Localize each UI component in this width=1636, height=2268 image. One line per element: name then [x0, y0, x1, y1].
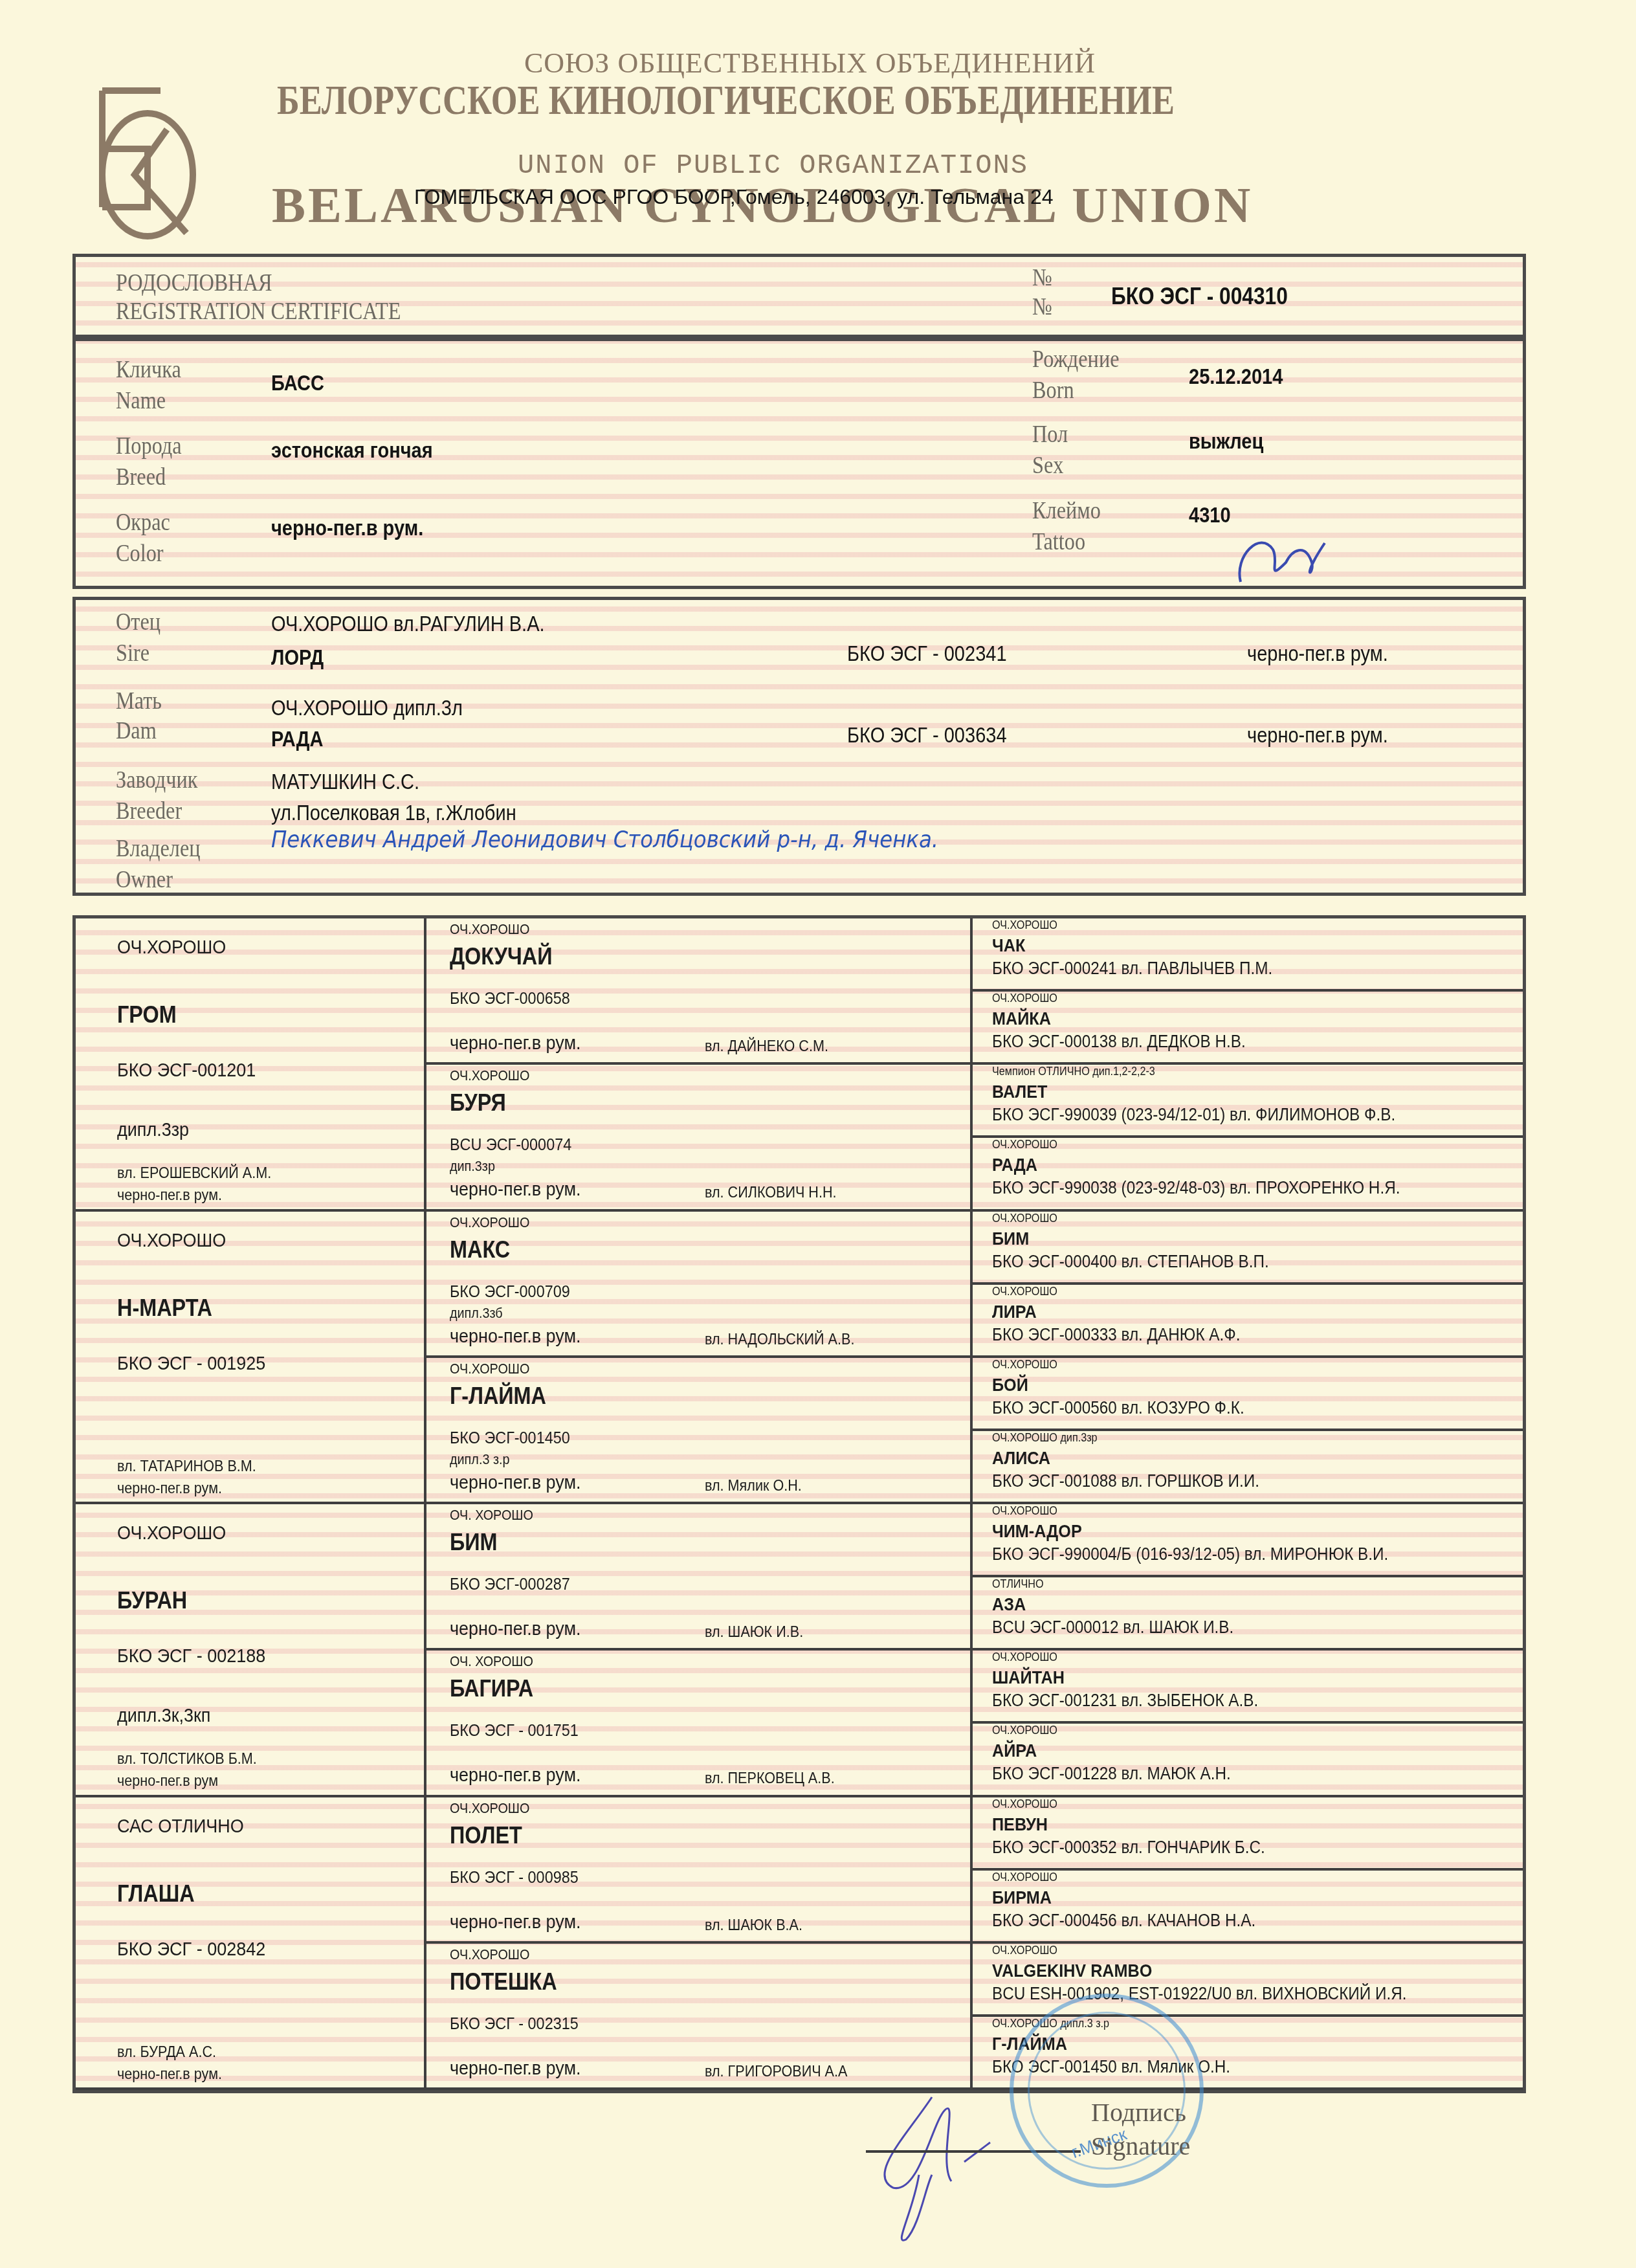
ancestor-info: БКО ЭСГ-000560 вл. КОЗУРО Ф.К. — [992, 1398, 1244, 1418]
pedigree-cell-gen2: ОЧ.ХОРОШОМАКСБКО ЭСГ-000709дипл.3збчерно… — [426, 1212, 973, 1358]
ancestor-info: BCU ЭСГ-000012 вл. ШАЮК И.В. — [992, 1618, 1233, 1638]
tattoo-label-ru: Клеймо — [1032, 496, 1101, 525]
dam-rating: ОЧ.ХОРОШО дипл.3л — [271, 696, 463, 720]
ancestor-color: черно-пег.в рум. — [450, 1618, 581, 1640]
ancestor-rating: ОЧ.ХОРОШО — [992, 1504, 1057, 1518]
certificate-title-ru: РОДОСЛОВНАЯ — [116, 269, 272, 297]
ancestor-diploma: дипл.3к,3кп — [117, 1705, 210, 1727]
ancestor-color: черно-пег.в рум. — [117, 1480, 222, 1498]
ancestor-color: черно-пег.в рум. — [450, 2058, 581, 2080]
dam-reg: БКО ЭСГ - 003634 — [847, 723, 1007, 748]
parents-box: Отец Sire ОЧ.ХОРОШО вл.РАГУЛИН В.А. ЛОРД… — [72, 597, 1526, 896]
bko-logo-icon — [76, 78, 232, 239]
ancestor-info: БКО ЭСГ-000456 вл. КАЧАНОВ Н.А. — [992, 1911, 1255, 1931]
ancestor-reg: БКО ЭСГ-001450 — [450, 1428, 570, 1448]
ancestor-rating: САС ОТЛИЧНО — [117, 1816, 244, 1838]
ancestor-name: МАКС — [450, 1236, 510, 1263]
ancestor-info: БКО ЭСГ-990039 (023-94/12-01) вл. ФИЛИМО… — [992, 1105, 1395, 1125]
breed-label-en: Breed — [116, 463, 166, 491]
ancestor-name: БИМ — [992, 1228, 1029, 1249]
ancestor-rating: ОЧ.ХОРОШО — [992, 1944, 1057, 1957]
pedigree-cell-gen3: ОЧ.ХОРОШОБОЙБКО ЭСГ-000560 вл. КОЗУРО Ф.… — [973, 1358, 1523, 1431]
ancestor-name: ЧИМ-АДОР — [992, 1521, 1082, 1542]
pedigree-cell-gen3: ОЧ.ХОРОШОЧИМ-АДОРБКО ЭСГ-990004/Б (016-9… — [973, 1504, 1523, 1577]
ancestor-name: Г-ЛАЙМА — [450, 1383, 546, 1410]
certificate-title-en: REGISTRATION CERTIFICATE — [116, 297, 401, 326]
number-label-ru: № — [1032, 263, 1052, 292]
ancestor-name: ЧАК — [992, 935, 1025, 956]
dog-color: черно-пег.в рум. — [271, 516, 423, 540]
ancestor-rating: ОЧ.ХОРОШО — [992, 1797, 1057, 1811]
ancestor-owner: вл. ТАТАРИНОВ В.М. — [117, 1458, 256, 1476]
color-label-ru: Окрас — [116, 508, 170, 537]
ancestor-rating: ОЧ. ХОРОШО — [450, 1507, 533, 1524]
ancestor-name: ПОЛЕТ — [450, 1822, 522, 1849]
handwritten-initials-icon — [1228, 524, 1331, 595]
dog-info-box: Кличка Name БАСС Порода Breed эстонская … — [72, 338, 1526, 589]
ancestor-name: БОЙ — [992, 1375, 1028, 1395]
dam-color: черно-пег.в рум. — [1247, 723, 1388, 748]
ancestor-name: БАГИРА — [450, 1675, 533, 1702]
pedigree-cell-gen2: ОЧ.ХОРОШОГ-ЛАЙМАБКО ЭСГ-001450дипл.3 з.р… — [426, 1358, 973, 1504]
ancestor-name: ЛИРА — [992, 1302, 1037, 1322]
pedigree-cell-gen3: ОТЛИЧНОАЗАBCU ЭСГ-000012 вл. ШАЮК И.В. — [973, 1577, 1523, 1651]
pedigree-cell-gen3: ОЧ.ХОРОШОРАДАБКО ЭСГ-990038 (023-92/48-0… — [973, 1138, 1523, 1211]
ancestor-owner: вл. Мялик О.Н. — [705, 1477, 802, 1495]
ancestor-reg: БКО ЭСГ - 002315 — [450, 2014, 579, 2034]
name-label-ru: Кличка — [116, 355, 181, 384]
certificate-number: БКО ЭСГ - 004310 — [1111, 283, 1288, 310]
signature-label-en: Signature — [1091, 2131, 1190, 2161]
ancestor-name: Н-МАРТА — [117, 1295, 212, 1322]
ancestor-info: БКО ЭСГ-990004/Б (016-93/12-05) вл. МИРО… — [992, 1544, 1388, 1564]
ancestor-name: ПЕВУН — [992, 1814, 1048, 1835]
ancestor-rating: Чемпион ОТЛИЧНО дип.1,2-2,2-3 — [992, 1065, 1155, 1078]
pedigree-cell-gen2: ОЧ. ХОРОШОБАГИРАБКО ЭСГ - 001751черно-пе… — [426, 1651, 973, 1797]
pedigree-cell-gen1: ОЧ.ХОРОШОН-МАРТАБКО ЭСГ - 001925вл. ТАТА… — [76, 1212, 426, 1505]
breeder-address: ул.Поселковая 1в, г.Жлобин — [271, 801, 516, 825]
ancestor-name: ГЛАША — [117, 1880, 195, 1907]
ancestor-reg: БКО ЭСГ - 002188 — [117, 1645, 265, 1667]
pedigree-cell-gen2: ОЧ.ХОРОШОПОЛЕТБКО ЭСГ - 000985черно-пег.… — [426, 1797, 973, 1944]
ancestor-reg: БКО ЭСГ-000658 — [450, 988, 570, 1008]
number-label-en: № — [1032, 293, 1052, 321]
ancestor-info: БКО ЭСГ-001228 вл. МАЮК А.Н. — [992, 1764, 1231, 1784]
ancestor-name: АЛИСА — [992, 1448, 1050, 1469]
ancestor-name: VALGEKIHV RAMBO — [992, 1961, 1152, 1981]
ancestor-color: черно-пег.в рум. — [117, 2065, 222, 2084]
ancestor-name: АЙРА — [992, 1740, 1037, 1761]
owner-handwritten: Пеккевич Андрей Леонидович Столбцовский … — [271, 827, 938, 853]
ancestor-reg: БКО ЭСГ-000709 — [450, 1282, 570, 1302]
ancestor-rating: ОЧ.ХОРОШО дип.3зр — [992, 1431, 1098, 1445]
name-label-en: Name — [116, 386, 166, 415]
ancestor-diploma: дипл.3 з.р — [450, 1451, 510, 1468]
pedigree-cell-gen3: ОЧ.ХОРОШОЧАКБКО ЭСГ-000241 вл. ПАВЛЫЧЕВ … — [973, 918, 1523, 992]
ancestor-rating: ОТЛИЧНО — [992, 1577, 1044, 1591]
ancestor-owner: вл. СИЛКОВИЧ Н.Н. — [705, 1184, 837, 1202]
ancestor-rating: ОЧ. ХОРОШО — [450, 1653, 533, 1670]
ancestor-owner: вл. ЕРОШЕВСКИЙ А.М. — [117, 1164, 271, 1183]
ancestor-rating: ОЧ.ХОРОШО — [450, 1067, 529, 1084]
certificate-title-box: РОДОСЛОВНАЯ REGISTRATION CERTIFICATE № №… — [72, 254, 1526, 338]
ancestor-info: БКО ЭСГ-000333 вл. ДАНЮК А.Ф. — [992, 1325, 1240, 1345]
ancestor-name: ВАЛЕТ — [992, 1082, 1047, 1102]
dam-name: РАДА — [271, 727, 324, 751]
sex-label-ru: Пол — [1032, 420, 1068, 449]
ancestor-info: БКО ЭСГ-990038 (023-92/48-03) вл. ПРОХОР… — [992, 1178, 1400, 1198]
ancestor-name: ШАЙТАН — [992, 1667, 1065, 1688]
sire-name: ЛОРД — [271, 645, 324, 670]
ancestor-diploma: дип.3зр — [450, 1158, 495, 1175]
ancestor-rating: ОЧ.ХОРОШО — [117, 1522, 226, 1544]
sire-label-ru: Отец — [116, 608, 160, 636]
sex-label-en: Sex — [1032, 451, 1063, 480]
ancestor-rating: ОЧ.ХОРОШО — [450, 1946, 529, 1963]
ancestor-rating: ОЧ.ХОРОШО — [117, 937, 226, 959]
color-label-en: Color — [116, 539, 164, 568]
ancestor-owner: вл. ДАЙНЕКО С.М. — [705, 1038, 828, 1056]
ancestor-diploma: дипл.3зб — [450, 1305, 503, 1322]
ancestor-color: черно-пег.в рум. — [450, 1326, 581, 1348]
breeder-label-en: Breeder — [116, 797, 182, 825]
ancestor-owner: вл. ПЕРКОВЕЦ А.В. — [705, 1770, 835, 1788]
ancestor-name: ДОКУЧАЙ — [450, 943, 552, 970]
pedigree-cell-gen3: ОЧ.ХОРОШОПЕВУНБКО ЭСГ-000352 вл. ГОНЧАРИ… — [973, 1797, 1523, 1871]
ancestor-color: черно-пег.в рум. — [450, 1764, 581, 1786]
pedigree-cell-gen3: ОЧ.ХОРОШОМАЙКАБКО ЭСГ-000138 вл. ДЕДКОВ … — [973, 992, 1523, 1065]
ancestor-name: АЗА — [992, 1594, 1026, 1615]
ancestor-rating: ОЧ.ХОРОШО — [450, 921, 529, 938]
ancestor-owner: вл. ТОЛСТИКОВ Б.М. — [117, 1750, 257, 1768]
breed-label-ru: Порода — [116, 432, 182, 460]
ancestor-info: БКО ЭСГ-001088 вл. ГОРШКОВ И.И. — [992, 1471, 1259, 1491]
ancestor-color: черно-пег.в рум. — [450, 1032, 581, 1054]
ancestor-name: БУРАН — [117, 1587, 187, 1614]
ancestor-name: МАЙКА — [992, 1008, 1051, 1029]
dam-label-en: Dam — [116, 717, 157, 745]
ancestor-rating: ОЧ.ХОРОШО — [992, 1651, 1057, 1664]
ancestor-rating: ОЧ.ХОРОШО — [992, 1358, 1057, 1372]
ancestor-rating: ОЧ.ХОРОШО — [450, 1214, 529, 1231]
ancestor-info: БКО ЭСГ-001231 вл. ЗЫБЕНОК А.В. — [992, 1691, 1258, 1711]
pedigree-cell-gen2: ОЧ.ХОРОШОПОТЕШКАБКО ЭСГ - 002315черно-пе… — [426, 1944, 973, 2090]
ancestor-diploma: дипл.3зр — [117, 1119, 189, 1141]
sire-rating: ОЧ.ХОРОШО вл.РАГУЛИН В.А. — [271, 612, 545, 636]
ancestor-info: БКО ЭСГ-000138 вл. ДЕДКОВ Н.В. — [992, 1032, 1246, 1052]
pedigree-cell-gen1: САС ОТЛИЧНОГЛАШАБКО ЭСГ - 002842вл. БУРД… — [76, 1797, 426, 2091]
branch-address: ГОМЕЛЬСКАЯ ООС РГОО БООР,Гомель, 246003,… — [414, 185, 1053, 209]
ancestor-owner: вл. ШАЮК И.В. — [705, 1623, 803, 1641]
pedigree-cell-gen3: ОЧ.ХОРОШО дип.3зрАЛИСАБКО ЭСГ-001088 вл.… — [973, 1431, 1523, 1504]
owner-label-ru: Владелец — [116, 834, 201, 863]
owner-label-en: Owner — [116, 865, 173, 894]
ancestor-info: БКО ЭСГ-000241 вл. ПАВЛЫЧЕВ П.М. — [992, 959, 1272, 979]
ancestor-reg: БКО ЭСГ - 002842 — [117, 1939, 265, 1961]
sire-color: черно-пег.в рум. — [1247, 641, 1388, 666]
pedigree-cell-gen3: ОЧ.ХОРОШОVALGEKIHV RAMBOBCU ESH-001902, … — [973, 1944, 1523, 2017]
ancestor-rating: ОЧ.ХОРОШО — [450, 1361, 529, 1377]
dog-breed: эстонская гончая — [271, 438, 433, 463]
ancestor-rating: ОЧ.ХОРОШО — [992, 1212, 1057, 1225]
ancestor-color: черно-пег.в рум. — [450, 1472, 581, 1494]
dog-born: 25.12.2014 — [1189, 364, 1283, 389]
pedigree-cell-gen3: ОЧ.ХОРОШОШАЙТАНБКО ЭСГ-001231 вл. ЗЫБЕНО… — [973, 1651, 1523, 1724]
pedigree-cell-gen3: ОЧ.ХОРОШОАЙРАБКО ЭСГ-001228 вл. МАЮК А.Н… — [973, 1724, 1523, 1797]
ancestor-owner: вл. НАДОЛЬСКИЙ А.В. — [705, 1331, 854, 1349]
breeder-label-ru: Заводчик — [116, 766, 197, 794]
ancestor-rating: ОЧ.ХОРОШО — [992, 992, 1057, 1005]
ancestor-color: черно-пег.в рум — [117, 1772, 218, 1790]
pedigree-cell-gen1: ОЧ.ХОРОШОГРОМБКО ЭСГ-001201дипл.3зрвл. Е… — [76, 918, 426, 1212]
ancestor-reg: БКО ЭСГ - 001751 — [450, 1720, 579, 1740]
ancestor-name: БИРМА — [992, 1887, 1052, 1908]
sire-reg: БКО ЭСГ - 002341 — [847, 641, 1007, 666]
pedigree-table: ОЧ.ХОРОШОГРОМБКО ЭСГ-001201дипл.3зрвл. Е… — [72, 915, 1526, 2093]
breeder-name: МАТУШКИН С.С. — [271, 770, 419, 794]
ancestor-info: БКО ЭСГ-000400 вл. СТЕПАНОВ В.П. — [992, 1252, 1269, 1272]
ancestor-color: черно-пег.в рум. — [450, 1911, 581, 1933]
ancestor-info: BCU ESH-001902, EST-01922/U0 вл. ВИХНОВС… — [992, 1984, 1407, 2004]
ancestor-info: БКО ЭСГ-000352 вл. ГОНЧАРИК Б.С. — [992, 1838, 1265, 1858]
ancestor-name: БУРЯ — [450, 1089, 506, 1117]
ancestor-name: БИМ — [450, 1529, 498, 1556]
ancestor-rating: ОЧ.ХОРОШО — [992, 918, 1057, 932]
ancestor-name: ПОТЕШКА — [450, 1968, 557, 1996]
ancestor-rating: ОЧ.ХОРОШО — [450, 1800, 529, 1817]
ancestor-color: черно-пег.в рум. — [450, 1179, 581, 1201]
org-name-ru: БЕЛОРУССКОЕ КИНОЛОГИЧЕСКОЕ ОБЪЕДИНЕНИЕ — [277, 76, 1175, 124]
dog-sex: выжлец — [1189, 429, 1263, 454]
ancestor-reg: БКО ЭСГ - 000985 — [450, 1867, 579, 1887]
dog-tattoo: 4310 — [1189, 503, 1231, 528]
dog-name: БАСС — [271, 371, 324, 395]
born-label-en: Born — [1032, 376, 1074, 405]
pedigree-cell-gen3: Чемпион ОТЛИЧНО дип.1,2-2,2-3ВАЛЕТБКО ЭС… — [973, 1065, 1523, 1138]
ancestor-reg: БКО ЭСГ-000287 — [450, 1574, 570, 1594]
ancestor-color: черно-пег.в рум. — [117, 1186, 222, 1205]
ancestor-name: РАДА — [992, 1155, 1037, 1175]
tattoo-label-en: Tattoo — [1032, 528, 1085, 556]
ancestor-name: ГРОМ — [117, 1001, 177, 1028]
ancestor-reg: БКО ЭСГ-001201 — [117, 1060, 256, 1082]
ancestor-owner: вл. ГРИГОРОВИЧ А.А — [705, 2063, 847, 2081]
ancestor-reg: BCU ЭСГ-000074 — [450, 1135, 571, 1155]
org-subtitle-ru: СОЮЗ ОБЩЕСТВЕННЫХ ОБЪЕДИНЕНИЙ — [524, 47, 1096, 80]
ancestor-rating: ОЧ.ХОРОШО — [992, 1871, 1057, 1884]
pedigree-cell-gen2: ОЧ.ХОРОШОБУРЯBCU ЭСГ-000074дип.3зрчерно-… — [426, 1065, 973, 1211]
sire-label-en: Sire — [116, 639, 149, 667]
pedigree-cell-gen1: ОЧ.ХОРОШОБУРАНБКО ЭСГ - 002188дипл.3к,3к… — [76, 1504, 426, 1797]
ancestor-owner: вл. БУРДА А.С. — [117, 2043, 216, 2062]
pedigree-cell-gen3: ОЧ.ХОРОШОЛИРАБКО ЭСГ-000333 вл. ДАНЮК А.… — [973, 1285, 1523, 1358]
born-label-ru: Рождение — [1032, 345, 1119, 373]
signature-label-ru: Подпись — [1091, 2097, 1186, 2128]
ancestor-owner: вл. ШАЮК В.А. — [705, 1917, 802, 1935]
pedigree-cell-gen2: ОЧ. ХОРОШОБИМБКО ЭСГ-000287черно-пег.в р… — [426, 1504, 973, 1651]
dam-label-ru: Мать — [116, 687, 162, 715]
ancestor-rating: ОЧ.ХОРОШО — [992, 1138, 1057, 1151]
ancestor-rating: ОЧ.ХОРОШО — [992, 1724, 1057, 1737]
pedigree-cell-gen3: ОЧ.ХОРОШОБИМБКО ЭСГ-000400 вл. СТЕПАНОВ … — [973, 1212, 1523, 1285]
ancestor-rating: ОЧ.ХОРОШО — [117, 1230, 226, 1252]
pedigree-cell-gen3: ОЧ.ХОРОШОБИРМАБКО ЭСГ-000456 вл. КАЧАНОВ… — [973, 1871, 1523, 1944]
ancestor-rating: ОЧ.ХОРОШО — [992, 1285, 1057, 1298]
ancestor-reg: БКО ЭСГ - 001925 — [117, 1353, 265, 1375]
pedigree-cell-gen2: ОЧ.ХОРОШОДОКУЧАЙБКО ЭСГ-000658черно-пег.… — [426, 918, 973, 1065]
